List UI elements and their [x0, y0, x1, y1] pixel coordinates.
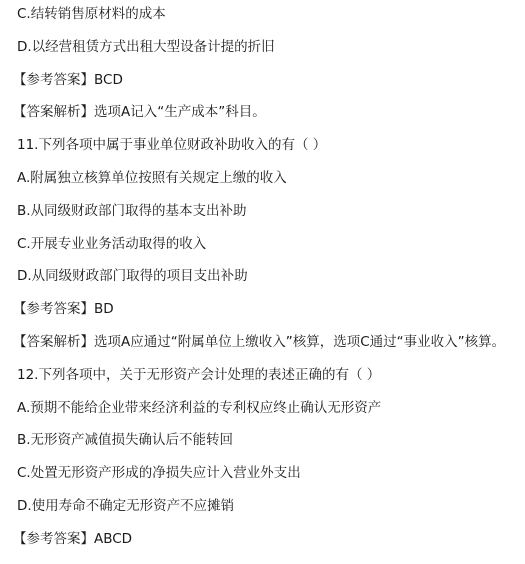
reference-answer-q12: 【参考答案】ABCD	[13, 529, 132, 549]
option-b-q11: B.从同级财政部门取得的基本支出补助	[17, 201, 247, 221]
option-d-q12: D.使用寿命不确定无形资产不应摊销	[17, 496, 234, 516]
option-c-q12: C.处置无形资产形成的净损失应计入营业外支出	[17, 463, 301, 483]
reference-answer-q11: 【参考答案】BD	[13, 299, 114, 319]
option-c-q11: C.开展专业业务活动取得的收入	[17, 234, 206, 254]
answer-analysis-q11: 【答案解析】选项A应通过“附属单位上缴收入”核算，选项C通过“事业收入”核算。	[13, 332, 505, 352]
option-a-q12: A.预期不能给企业带来经济利益的专利权应终止确认无形资产	[17, 398, 381, 418]
option-b-q12: B.无形资产减值损失确认后不能转回	[17, 430, 233, 450]
option-c-q10: C.结转销售原材料的成本	[17, 4, 166, 24]
question-11: 11.下列各项中属于事业单位财政补助收入的有（ ）	[17, 135, 326, 155]
reference-answer-q10: 【参考答案】BCD	[13, 70, 123, 90]
option-d-q10: D.以经营租赁方式出租大型设备计提的折旧	[17, 37, 275, 57]
answer-analysis-q10: 【答案解析】选项A记入“生产成本”科目。	[13, 102, 266, 122]
option-a-q11: A.附属独立核算单位按照有关规定上缴的收入	[17, 168, 287, 188]
question-12: 12.下列各项中，关于无形资产会计处理的表述正确的有（ ）	[17, 365, 380, 385]
option-d-q11: D.从同级财政部门取得的项目支出补助	[17, 266, 248, 286]
